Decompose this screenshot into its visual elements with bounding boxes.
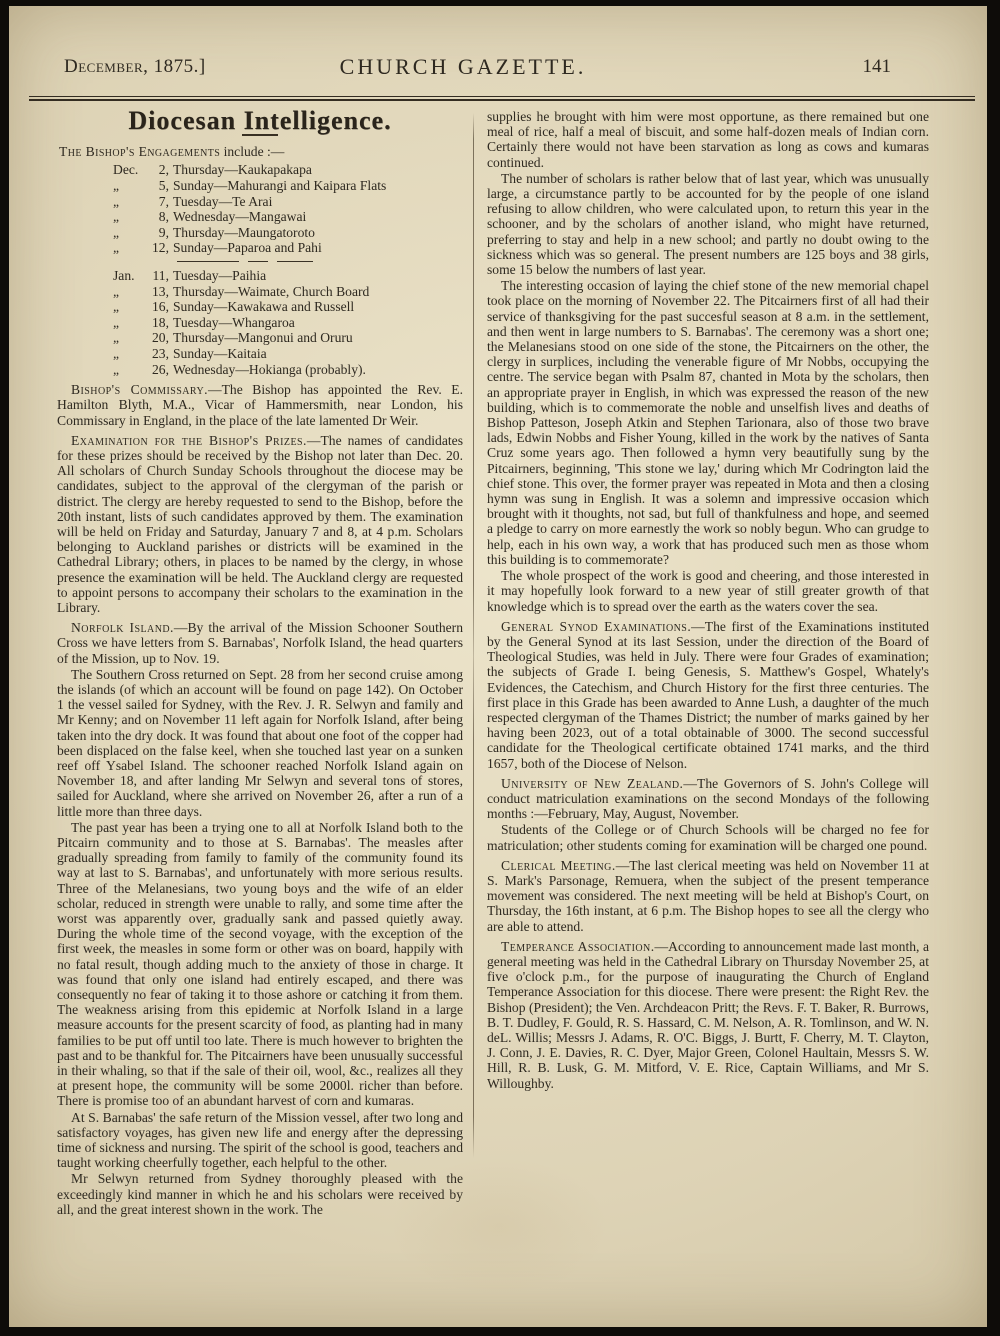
gazette-title: CHURCH GAZETTE.: [9, 54, 917, 80]
engagement-month: „: [113, 240, 147, 256]
engagement-row: Jan.11,Tuesday—Paihia: [113, 268, 463, 284]
engagement-month: „: [113, 178, 147, 194]
section-paragraph: University of New Zealand.—The Governors…: [487, 776, 929, 822]
engagements-intro-rest: include :—: [220, 144, 284, 159]
engagement-detail: Thursday—Mangonui and Oruru: [173, 330, 463, 346]
section-lead: Bishop's Commissary.: [71, 382, 208, 397]
engagement-day: 7,: [147, 194, 173, 210]
list-divider-rule: [177, 260, 463, 263]
body-paragraph: The Southern Cross returned on Sept. 28 …: [57, 667, 463, 819]
engagement-month: „: [113, 225, 147, 241]
section-paragraph: Examination for the Bishop's Prizes.—The…: [57, 433, 463, 615]
engagement-detail: Thursday—Maungatoroto: [173, 225, 463, 241]
engagement-month: „: [113, 362, 147, 378]
engagement-day: 13,: [147, 284, 173, 300]
engagement-detail: Tuesday—Whangaroa: [173, 315, 463, 331]
masthead: December, 1875.] CHURCH GAZETTE. 141: [9, 56, 987, 84]
body-paragraph: The interesting occasion of laying the c…: [487, 278, 929, 567]
engagement-month: Jan.: [113, 268, 147, 284]
engagement-day: 20,: [147, 330, 173, 346]
engagement-row: „9,Thursday—Maungatoroto: [113, 225, 463, 241]
engagement-row: „20,Thursday—Mangonui and Oruru: [113, 330, 463, 346]
section-lead: General Synod Examinations.: [501, 619, 691, 634]
column-divider-rule: [473, 113, 474, 1158]
engagement-day: 18,: [147, 315, 173, 331]
engagement-row: „13,Thursday—Waimate, Church Board: [113, 284, 463, 300]
engagement-day: 11,: [147, 268, 173, 284]
left-column: Diocesan Intelligence. The Bishop's Enga…: [57, 109, 463, 1218]
engagement-day: 8,: [147, 209, 173, 225]
body-paragraph: The past year has been a trying one to a…: [57, 820, 463, 1109]
engagement-row: „16,Sunday—Kawakawa and Russell: [113, 299, 463, 315]
engagement-row: Dec.2,Thursday—Kaukapakapa: [113, 162, 463, 178]
engagement-month: „: [113, 209, 147, 225]
engagement-month: „: [113, 315, 147, 331]
engagement-month: „: [113, 299, 147, 315]
body-paragraph: Mr Selwyn returned from Sydney thoroughl…: [57, 1171, 463, 1217]
engagement-row: „8,Wednesday—Mangawai: [113, 209, 463, 225]
engagement-detail: Sunday—Paparoa and Pahi: [173, 240, 463, 256]
section-paragraph: General Synod Examinations.—The first of…: [487, 619, 929, 771]
engagement-month: „: [113, 284, 147, 300]
section-lead: Norfolk Island.: [71, 620, 174, 635]
newspaper-page: December, 1875.] CHURCH GAZETTE. 141 Dio…: [9, 6, 987, 1327]
two-column-body: Diocesan Intelligence. The Bishop's Enga…: [9, 109, 987, 1218]
body-paragraph: Students of the College or of Church Sch…: [487, 822, 929, 852]
engagement-month: „: [113, 194, 147, 210]
body-paragraph: The number of scholars is rather below t…: [487, 171, 929, 277]
engagement-detail: Thursday—Kaukapakapa: [173, 162, 463, 178]
engagement-day: 26,: [147, 362, 173, 378]
section-paragraph: Norfolk Island.—By the arrival of the Mi…: [57, 620, 463, 666]
section-lead: Clerical Meeting.: [501, 858, 616, 873]
engagement-row: „7,Tuesday—Te Arai: [113, 194, 463, 210]
engagement-detail: Wednesday—Mangawai: [173, 209, 463, 225]
engagement-detail: Sunday—Kaitaia: [173, 346, 463, 362]
engagement-month: „: [113, 346, 147, 362]
engagement-detail: Sunday—Kawakawa and Russell: [173, 299, 463, 315]
engagement-month: Dec.: [113, 162, 147, 178]
engagement-row: „12,Sunday—Paparoa and Pahi: [113, 240, 463, 256]
engagement-day: 5,: [147, 178, 173, 194]
engagement-day: 9,: [147, 225, 173, 241]
section-heading: Diocesan Intelligence.: [57, 113, 463, 128]
engagements-intro-lead: The Bishop's Engagements: [59, 144, 220, 159]
engagement-day: 2,: [147, 162, 173, 178]
engagements-intro: The Bishop's Engagements include :—: [59, 144, 463, 159]
section-paragraph: Bishop's Commissary.—The Bishop has appo…: [57, 382, 463, 428]
engagement-row: „23,Sunday—Kaitaia: [113, 346, 463, 362]
engagement-detail: Thursday—Waimate, Church Board: [173, 284, 463, 300]
engagement-detail: Wednesday—Hokianga (probably).: [173, 362, 463, 378]
section-lead: Temperance Association.: [501, 939, 655, 954]
engagement-month: „: [113, 330, 147, 346]
engagement-day: 16,: [147, 299, 173, 315]
section-paragraph: Temperance Association.—According to ann…: [487, 939, 929, 1091]
left-column-paragraphs: Bishop's Commissary.—The Bishop has appo…: [57, 382, 463, 1217]
body-paragraph: The whole prospect of the work is good a…: [487, 568, 929, 614]
engagement-row: „5,Sunday—Mahurangi and Kaipara Flats: [113, 178, 463, 194]
engagement-day: 23,: [147, 346, 173, 362]
engagement-detail: Tuesday—Paihia: [173, 268, 463, 284]
engagement-row: „26,Wednesday—Hokianga (probably).: [113, 362, 463, 378]
engagement-day: 12,: [147, 240, 173, 256]
section-lead: University of New Zealand.: [501, 776, 683, 791]
section-paragraph: Clerical Meeting.—The last clerical meet…: [487, 858, 929, 934]
engagement-detail: Sunday—Mahurangi and Kaipara Flats: [173, 178, 463, 194]
december-engagements-list: Dec.2,Thursday—Kaukapakapa„5,Sunday—Mahu…: [113, 162, 463, 256]
section-lead: Examination for the Bishop's Prizes.: [71, 433, 307, 448]
right-column-paragraphs: supplies he brought with him were most o…: [487, 109, 929, 1091]
body-paragraph: supplies he brought with him were most o…: [487, 109, 929, 170]
masthead-double-rule: [29, 96, 975, 101]
page-number: 141: [863, 56, 892, 78]
right-column: supplies he brought with him were most o…: [487, 109, 929, 1218]
january-engagements-list: Jan.11,Tuesday—Paihia„13,Thursday—Waimat…: [113, 268, 463, 377]
body-paragraph: At S. Barnabas' the safe return of the M…: [57, 1110, 463, 1171]
engagement-detail: Tuesday—Te Arai: [173, 194, 463, 210]
engagement-row: „18,Tuesday—Whangaroa: [113, 315, 463, 331]
